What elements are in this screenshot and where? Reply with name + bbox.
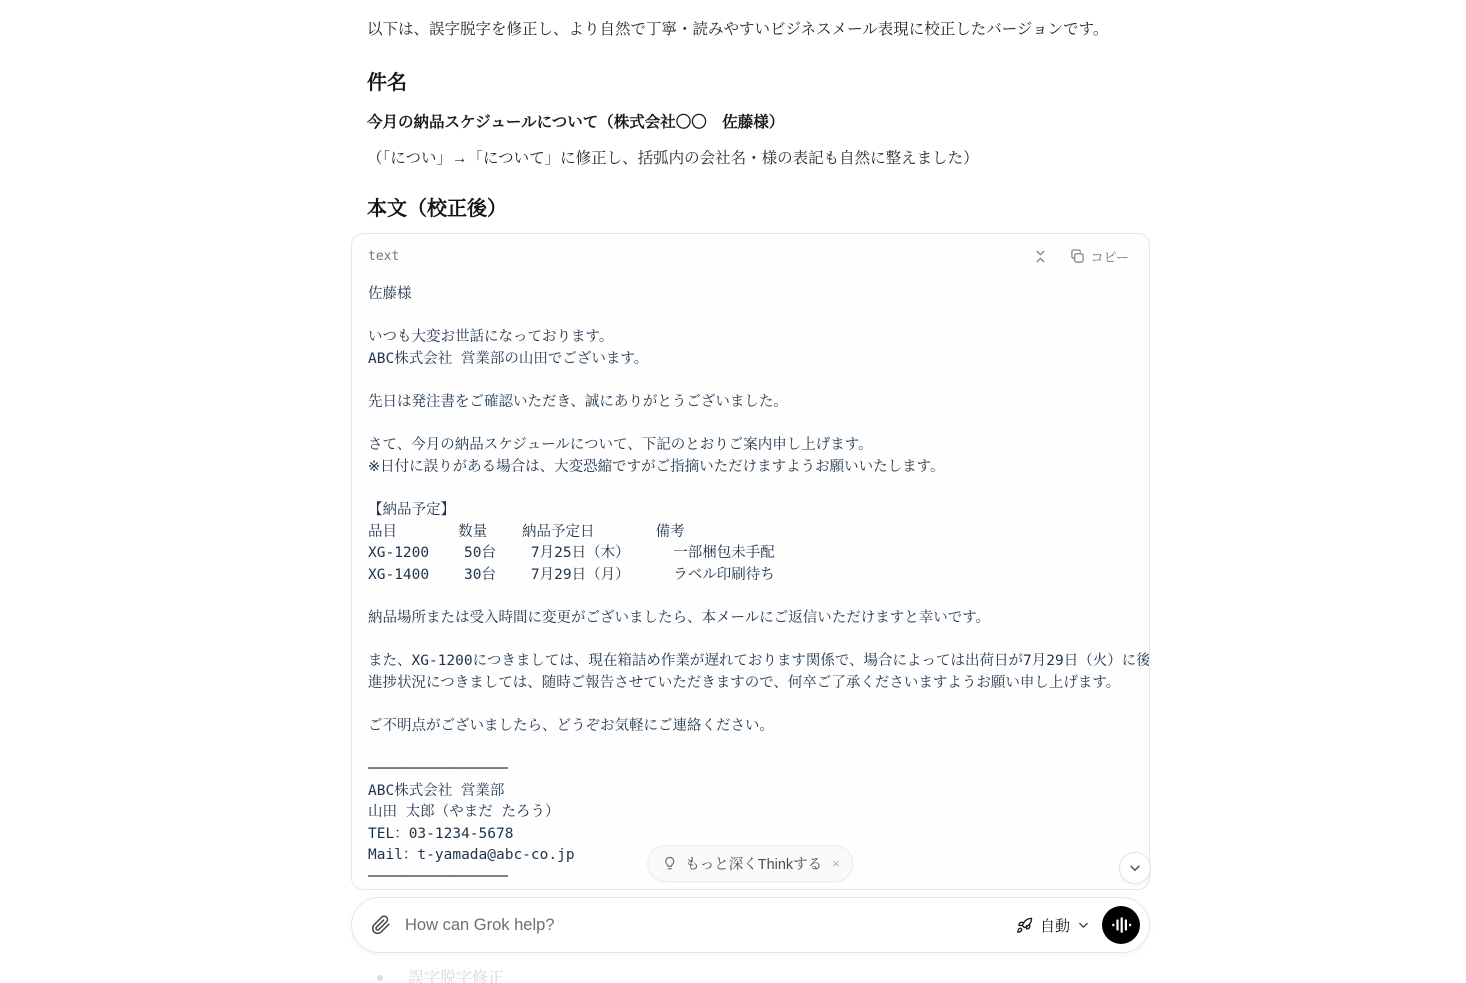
collapse-code-button[interactable]: [1033, 249, 1048, 264]
paperclip-icon: [371, 915, 391, 935]
copy-button-label: コピー: [1091, 247, 1129, 266]
code-block: text: [351, 233, 1150, 890]
chevron-down-icon: [1128, 861, 1142, 875]
think-mode-chip[interactable]: もっと深くThinkする ×: [647, 845, 853, 882]
chat-input[interactable]: [403, 915, 1010, 936]
suggestion-label: 誤字脱字修正: [408, 965, 504, 983]
code-block-header: text: [352, 234, 1149, 278]
voice-mode-button[interactable]: [1102, 906, 1140, 944]
code-content[interactable]: 佐藤様 いつも大変お世話になっております。 ABC株式会社 営業部の山田でござい…: [352, 278, 1149, 890]
subject-line: 今月の納品スケジュールについて（株式会社〇〇 佐藤様）: [367, 111, 1134, 135]
suggestion-item[interactable]: 誤字脱字修正: [367, 965, 504, 983]
grok-chat-screen: 以下は、誤字脱字を修正し、より自然で丁寧・読みやすいビジネスメール表現に校正した…: [0, 0, 1466, 983]
rocket-icon: [1016, 917, 1033, 934]
scroll-to-bottom-button[interactable]: [1119, 852, 1151, 884]
code-language-label: text: [368, 249, 399, 264]
mode-label: 自動: [1040, 915, 1070, 936]
copy-icon: [1070, 249, 1085, 264]
chip-close-button[interactable]: ×: [830, 857, 840, 870]
subject-heading: 件名: [367, 69, 1134, 97]
composer-bar: 自動: [351, 897, 1150, 953]
copy-code-button[interactable]: コピー: [1070, 247, 1129, 266]
body-heading: 本文（校正後）: [367, 195, 1134, 223]
mode-selector[interactable]: 自動: [1010, 915, 1102, 936]
attach-button[interactable]: [365, 909, 397, 941]
code-actions: コピー: [1033, 247, 1129, 266]
bullet-icon: [377, 975, 383, 981]
intro-text: 以下は、誤字脱字を修正し、より自然で丁寧・読みやすいビジネスメール表現に校正した…: [367, 18, 1134, 42]
subject-note: （「につい」→「について」に修正し、括弧内の会社名・様の表記も自然に整えました）: [367, 147, 1134, 171]
think-chip-label: もっと深くThinkする: [685, 853, 822, 874]
collapse-icon: [1033, 249, 1048, 264]
chevron-down-icon: [1077, 919, 1090, 932]
assistant-message: 以下は、誤字脱字を修正し、より自然で丁寧・読みやすいビジネスメール表現に校正した…: [351, 0, 1150, 890]
lightbulb-icon: [662, 856, 677, 871]
waveform-icon: [1110, 914, 1132, 936]
